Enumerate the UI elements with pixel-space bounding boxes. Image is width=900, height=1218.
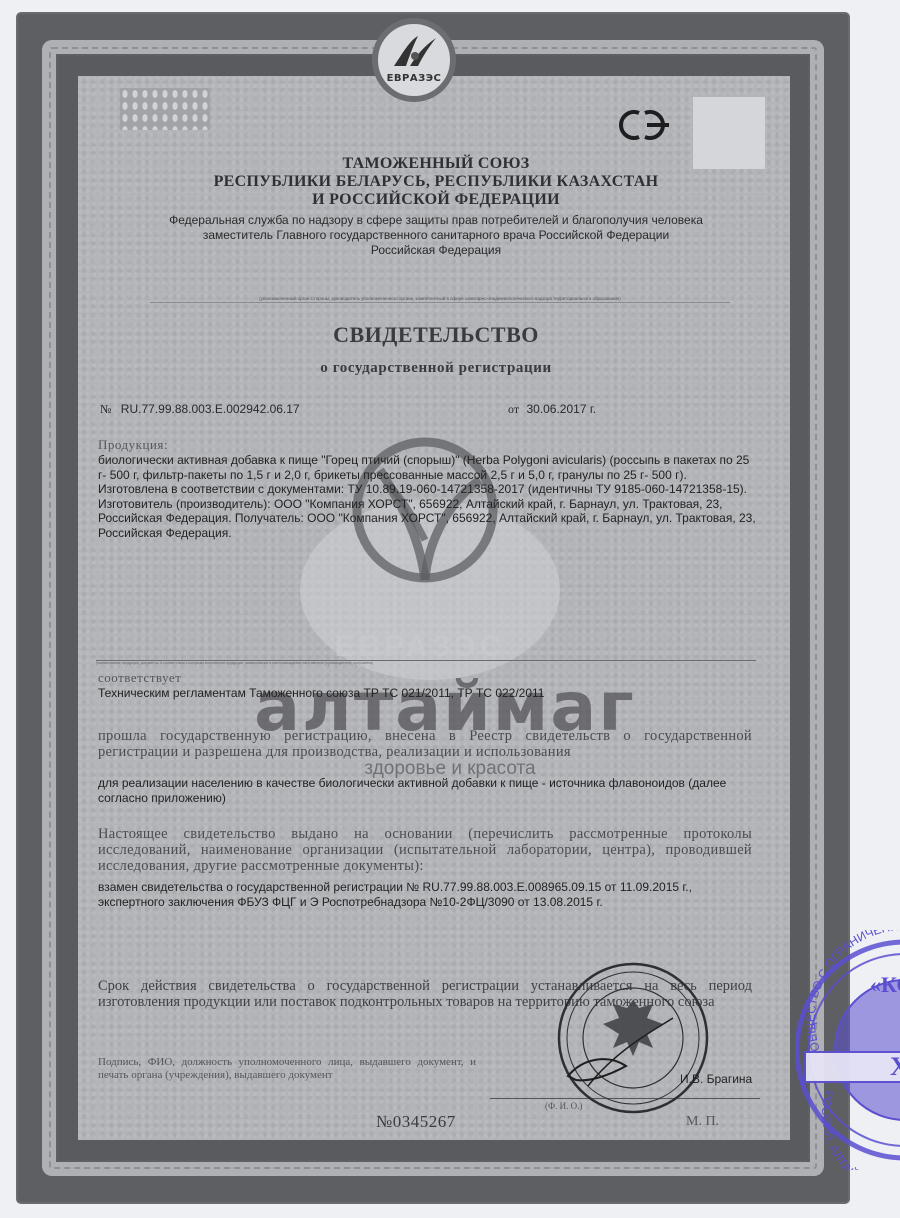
guilloche-pattern: [120, 88, 210, 130]
svg-text:ХОР: ХОР: [890, 1052, 900, 1081]
union-line: И РОССИЙСКОЙ ФЕДЕРАЦИИ: [96, 191, 776, 209]
registration-purpose: для реализации населению в качестве биол…: [98, 776, 758, 806]
signature-caption: Подпись, ФИО, должность уполномоченного …: [98, 1056, 476, 1082]
certificate-date: от 30.06.2017 г.: [508, 402, 596, 417]
conformity-text: Техническим регламентам Таможенного союз…: [98, 686, 758, 700]
emblem-label: ЕВРАЗЭС: [387, 73, 442, 84]
product-description: биологически активная добавка к пище "Го…: [98, 453, 758, 540]
conformity-label: соответствует: [98, 670, 758, 686]
agency-line: заместитель Главного государственного са…: [96, 228, 776, 243]
registration-statement: прошла государственную регистрацию, внес…: [98, 728, 752, 760]
issuing-agency: Федеральная служба по надзору в сфере за…: [96, 213, 776, 258]
union-line: РЕСПУБЛИКИ БЕЛАРУСЬ, РЕСПУБЛИКИ КАЗАХСТА…: [96, 173, 776, 191]
agency-line: Федеральная служба по надзору в сфере за…: [96, 213, 776, 228]
union-line: ТАМОЖЕННЫЙ СОЮЗ: [96, 155, 776, 173]
number-label: №: [100, 402, 111, 416]
number-value: RU.77.99.88.003.Е.002942.06.17: [121, 402, 300, 416]
date-prefix: от: [508, 402, 519, 416]
evrazes-logo-icon: [388, 32, 440, 72]
product-section: Продукция: биологически активная добавка…: [98, 437, 758, 540]
svg-text:«КОМ: «КОМ: [870, 972, 900, 997]
agency-caption: (уполномоченный орган Стороны, руководит…: [150, 296, 730, 303]
conformity-section: соответствует Техническим регламентам Та…: [98, 670, 758, 700]
evrazes-watermark: ЕВРАЗЭС: [320, 630, 520, 664]
agency-line: Российская Федерация: [96, 243, 776, 258]
russian-eagle-seal-icon: [548, 958, 718, 1118]
basis-statement: Настоящее свидетельство выдано на основа…: [98, 826, 752, 874]
signer-name: И.В. Брагина: [680, 1072, 752, 1086]
conformity-mark-icon: [613, 105, 673, 145]
date-value: 30.06.2017 г.: [526, 402, 596, 416]
blank-number: №0345267: [376, 1112, 456, 1132]
certificate-title: СВИДЕТЕЛЬСТВО: [96, 322, 776, 348]
stamp-place-label: М. П.: [686, 1114, 719, 1130]
basis-documents: взамен свидетельства о государственной р…: [98, 880, 758, 910]
product-caption-line: (наименование продукции, документы, в со…: [96, 660, 756, 666]
product-label: Продукция:: [98, 437, 758, 453]
evrazes-emblem: ЕВРАЗЭС: [372, 18, 456, 102]
certificate-subtitle: о государственной регистрации: [96, 360, 776, 377]
customs-union-title: ТАМОЖЕННЫЙ СОЮЗ РЕСПУБЛИКИ БЕЛАРУСЬ, РЕС…: [96, 155, 776, 209]
company-horst-seal-icon: ХОР «КОМ ОБЩЕСТВО С ОГРАНИЧЕННОЙ РОССИЯ,…: [795, 930, 900, 1170]
